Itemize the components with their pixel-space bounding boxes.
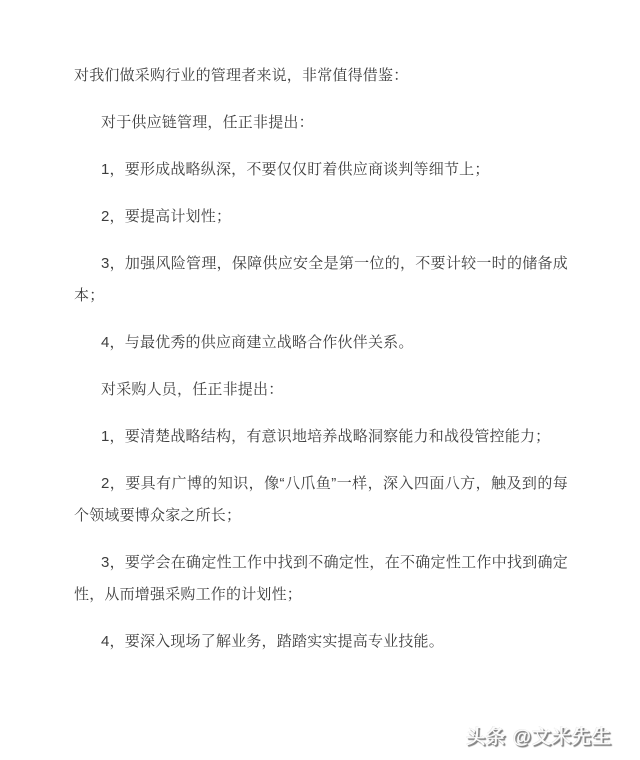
paragraph-supply-item-4: 4，与最优秀的供应商建立战略合作伙伴关系。 xyxy=(74,327,568,359)
paragraph-staff-item-3: 3，要学会在确定性工作中找到不确定性，在不确定性工作中找到确定性，从而增强采购工… xyxy=(74,547,568,611)
paragraph-intro: 对我们做采购行业的管理者来说，非常值得借鉴： xyxy=(74,60,568,92)
document-page: 对我们做采购行业的管理者来说，非常值得借鉴： 对于供应链管理，任正非提出： 1，… xyxy=(0,0,640,760)
paragraph-staff-item-1: 1，要清楚战略结构，有意识地培养战略洞察能力和战役管控能力； xyxy=(74,421,568,453)
paragraph-section-supply-chain: 对于供应链管理，任正非提出： xyxy=(74,107,568,139)
paragraph-supply-item-1: 1，要形成战略纵深，不要仅仅盯着供应商谈判等细节上； xyxy=(74,154,568,186)
paragraph-supply-item-2: 2，要提高计划性； xyxy=(74,201,568,233)
paragraph-staff-item-4: 4，要深入现场了解业务，踏踏实实提高专业技能。 xyxy=(74,626,568,658)
paragraph-section-procurement-staff: 对采购人员，任正非提出： xyxy=(74,374,568,406)
toutiao-author-watermark: 头条 @文米先生 xyxy=(466,722,612,749)
article-body: 对我们做采购行业的管理者来说，非常值得借鉴： 对于供应链管理，任正非提出： 1，… xyxy=(74,60,568,673)
paragraph-supply-item-3: 3，加强风险管理，保障供应安全是第一位的，不要计较一时的储备成本； xyxy=(74,248,568,312)
paragraph-staff-item-2: 2，要具有广博的知识，像“八爪鱼”一样，深入四面八方，触及到的每个领域要博众家之… xyxy=(74,468,568,532)
